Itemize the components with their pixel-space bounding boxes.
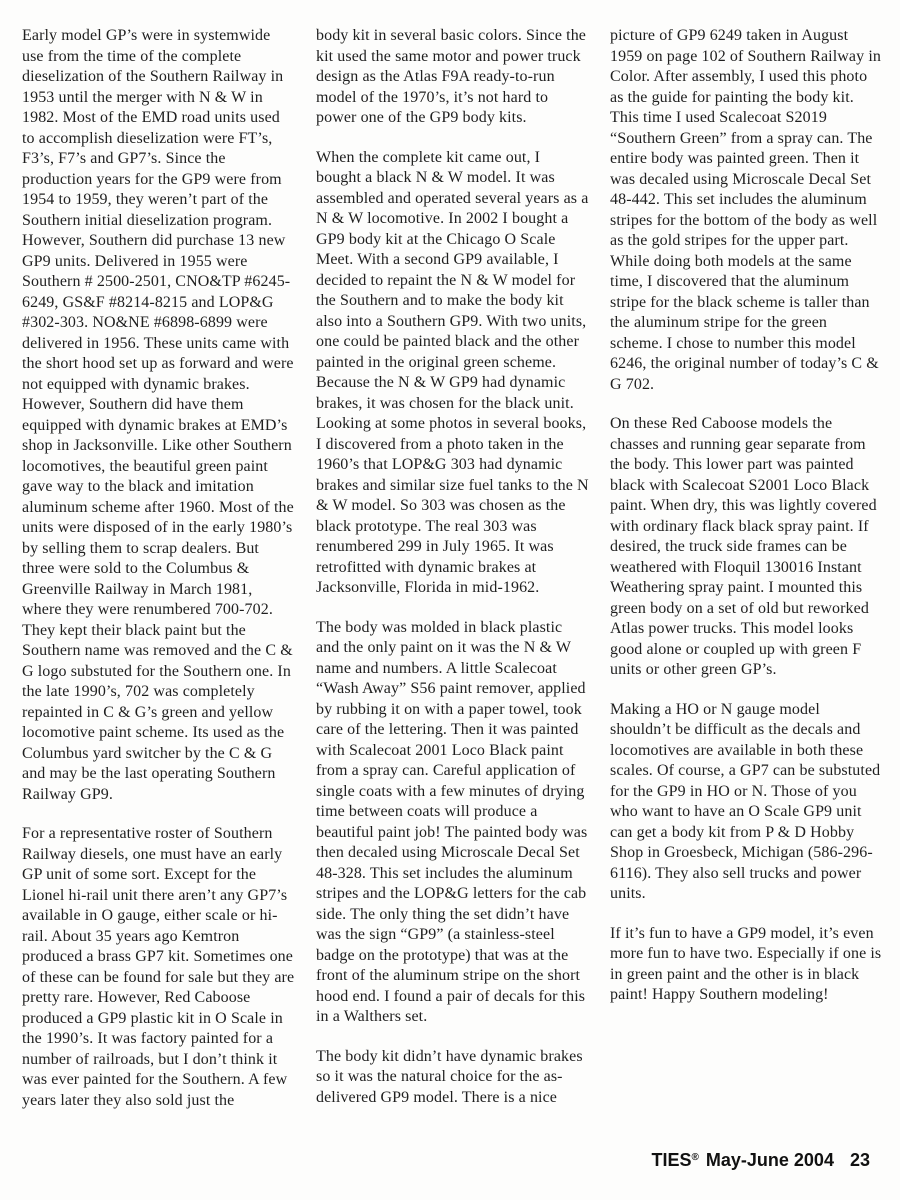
article-column-2: body kit in several basic colors. Since … [316, 26, 589, 1130]
paragraph: picture of GP9 6249 taken in August 1959… [610, 26, 883, 395]
trademark-symbol: ® [692, 1152, 699, 1163]
magazine-page: Early model GP’s were in systemwide use … [0, 0, 900, 1200]
paragraph: body kit in several basic colors. Since … [316, 26, 589, 129]
paragraph: If it’s fun to have a GP9 model, it’s ev… [610, 924, 883, 1006]
paragraph: The body was molded in black plastic and… [316, 618, 589, 1028]
paragraph: Making a HO or N gauge model shouldn’t b… [610, 700, 883, 905]
article-columns: Early model GP’s were in systemwide use … [22, 26, 883, 1130]
journal-name: TIES [652, 1150, 692, 1170]
page-footer: TIES®May-June 200423 [652, 1150, 871, 1171]
paragraph: When the complete kit came out, I bought… [316, 148, 589, 599]
article-column-3: picture of GP9 6249 taken in August 1959… [610, 26, 883, 1130]
paragraph: The body kit didn’t have dynamic brakes … [316, 1047, 589, 1109]
paragraph: On these Red Caboose models the chasses … [610, 414, 883, 681]
page-number: 23 [850, 1150, 870, 1170]
article-column-1: Early model GP’s were in systemwide use … [22, 26, 295, 1130]
issue-date: May-June 2004 [706, 1150, 834, 1170]
paragraph: Early model GP’s were in systemwide use … [22, 26, 295, 805]
paragraph: For a representative roster of Southern … [22, 824, 295, 1111]
